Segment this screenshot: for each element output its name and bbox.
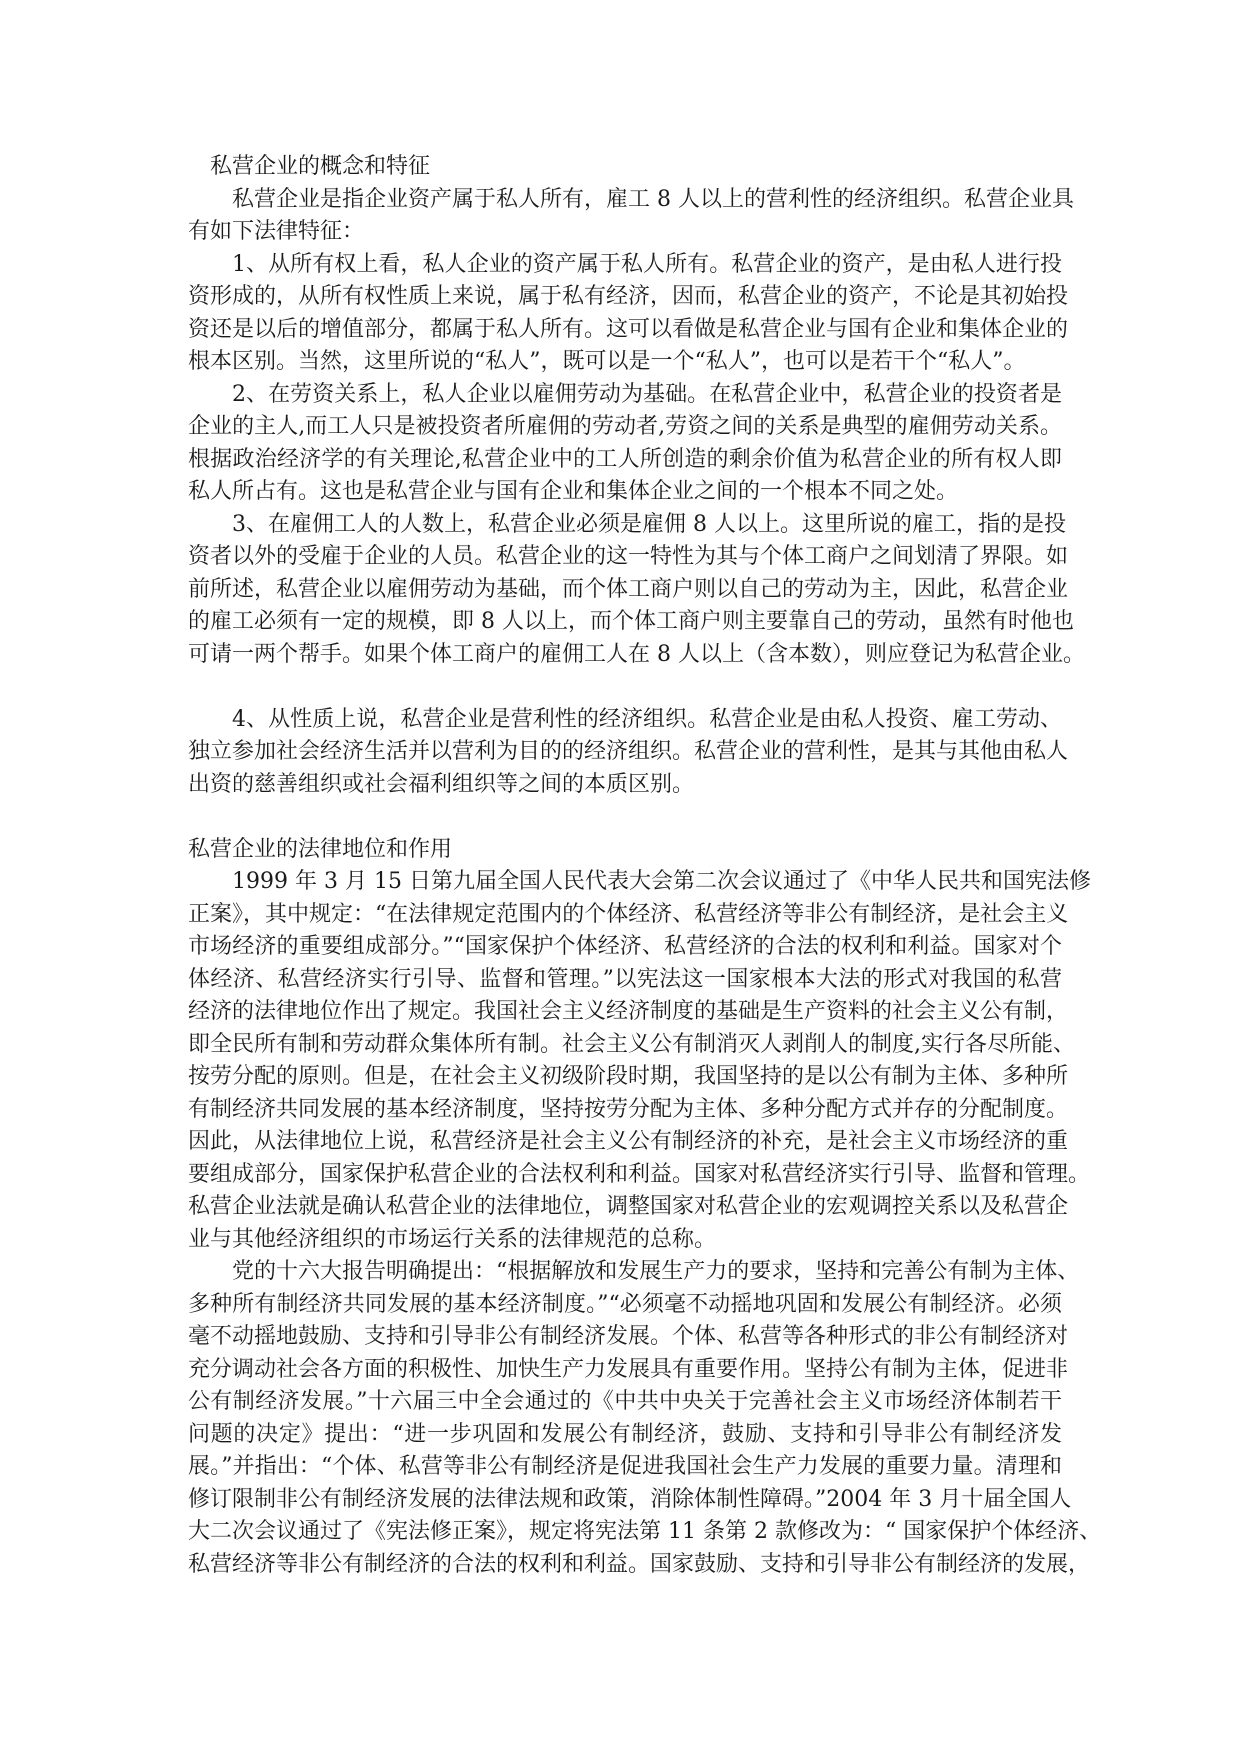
text-line: 要组成部分，国家保护私营企业的合法权利和利益。国家对私营经济实行引导、监督和管理… [188,1159,1062,1192]
text-line: 有如下法律特征： [188,216,1062,249]
text-line: 私营企业法就是确认私营企业的法律地位，调整国家对私营企业的宏观调控关系以及私营企 [188,1191,1062,1224]
text-line: 体经济、私营经济实行引导、监督和管理。”以宪法这一国家根本大法的形式对我国的私营 [188,964,1062,997]
text-line: 可请一两个帮手。如果个体工商户的雇佣工人在 8 人以上（含本数），则应登记为私营… [188,639,1062,672]
text-line: 资形成的，从所有权性质上来说，属于私有经济，因而，私营企业的资产，不论是其初始投 [188,281,1062,314]
text-line: 私人所占有。这也是私营企业与国有企业和集体企业之间的一个根本不同之处。 [188,476,1062,509]
text-line: 3、在雇佣工人的人数上，私营企业必须是雇佣 8 人以上。这里所说的雇工，指的是投 [188,509,1062,542]
text-line: 问题的决定》提出：“进一步巩固和发展公有制经济，鼓励、支持和引导非公有制经济发 [188,1419,1062,1452]
paragraph: 私营企业是指企业资产属于私人所有，雇工 8 人以上的营利性的经济组织。私营企业具… [188,184,1062,249]
text-line: 党的十六大报告明确提出：“根据解放和发展生产力的要求，坚持和完善公有制为主体、 [188,1256,1062,1289]
paragraph: 4、从性质上说，私营企业是营利性的经济组织。私营企业是由私人投资、雇工劳动、 独… [188,704,1062,802]
text-line: 4、从性质上说，私营企业是营利性的经济组织。私营企业是由私人投资、雇工劳动、 [188,704,1062,737]
text-line: 市场经济的重要组成部分。”“国家保护个体经济、私营经济的合法的权利和利益。国家对… [188,931,1062,964]
text-line: 充分调动社会各方面的积极性、加快生产力发展具有重要作用。坚持公有制为主体，促进非 [188,1354,1062,1387]
text-line: 前所述，私营企业以雇佣劳动为基础，而个体工商户则以自己的劳动为主，因此，私营企业 [188,574,1062,607]
section-heading: 私营企业的法律地位和作用 [188,834,1062,867]
blank-line [188,801,1062,834]
text-line: 因此，从法律地位上说，私营经济是社会主义公有制经济的补充，是社会主义市场经济的重 [188,1126,1062,1159]
text-line: 公有制经济发展。”十六届三中全会通过的《中共中央关于完善社会主义市场经济体制若干 [188,1386,1062,1419]
text-line: 经济的法律地位作出了规定。我国社会主义经济制度的基础是生产资料的社会主义公有制， [188,996,1062,1029]
text-line: 根据政治经济学的有关理论,私营企业中的工人所创造的剩余价值为私营企业的所有权人即 [188,444,1062,477]
text-line: 根本区别。当然，这里所说的“私人”，既可以是一个“私人”，也可以是若干个“私人”… [188,346,1062,379]
paragraph: 1、从所有权上看，私人企业的资产属于私人所有。私营企业的资产，是由私人进行投 资… [188,249,1062,379]
text-line: 2、在劳资关系上，私人企业以雇佣劳动为基础。在私营企业中，私营企业的投资者是 [188,379,1062,412]
text-line: 的雇工必须有一定的规模，即 8 人以上，而个体工商户则主要靠自己的劳动，虽然有时… [188,606,1062,639]
text-line: 有制经济共同发展的基本经济制度，坚持按劳分配为主体、多种分配方式并存的分配制度。 [188,1094,1062,1127]
paragraph: 1999 年 3 月 15 日第九届全国人民代表大会第二次会议通过了《中华人民共… [188,866,1062,1256]
text-line: 资者以外的受雇于企业的人员。私营企业的这一特性为其与个体工商户之间划清了界限。如 [188,541,1062,574]
text-line: 展。”并指出：“个体、私营等非公有制经济是促进我国社会生产力发展的重要力量。清理… [188,1451,1062,1484]
text-line: 私营经济等非公有制经济的合法的权利和利益。国家鼓励、支持和引导非公有制经济的发展… [188,1549,1062,1582]
document-page: 私营企业的概念和特征 私营企业是指企业资产属于私人所有，雇工 8 人以上的营利性… [188,151,1062,1581]
text-line: 大二次会议通过了《宪法修正案》，规定将宪法第 11 条第 2 款修改为：“ 国家… [188,1516,1062,1549]
text-line: 毫不动摇地鼓励、支持和引导非公有制经济发展。个体、私营等各种形式的非公有制经济对 [188,1321,1062,1354]
text-line: 资还是以后的增值部分，都属于私人所有。这可以看做是私营企业与国有企业和集体企业的 [188,314,1062,347]
text-line: 正案》，其中规定：“在法律规定范围内的个体经济、私营经济等非公有制经济，是社会主… [188,899,1062,932]
text-line: 业与其他经济组织的市场运行关系的法律规范的总称。 [188,1224,1062,1257]
text-line: 1999 年 3 月 15 日第九届全国人民代表大会第二次会议通过了《中华人民共… [188,866,1062,899]
text-line: 独立参加社会经济生活并以营利为目的的经济组织。私营企业的营利性，是其与其他由私人 [188,736,1062,769]
text-line: 多种所有制经济共同发展的基本经济制度。”“必须毫不动摇地巩固和发展公有制经济。必… [188,1289,1062,1322]
text-line: 私营企业是指企业资产属于私人所有，雇工 8 人以上的营利性的经济组织。私营企业具 [188,184,1062,217]
paragraph: 3、在雇佣工人的人数上，私营企业必须是雇佣 8 人以上。这里所说的雇工，指的是投… [188,509,1062,672]
blank-line [188,671,1062,704]
paragraph: 2、在劳资关系上，私人企业以雇佣劳动为基础。在私营企业中，私营企业的投资者是 企… [188,379,1062,509]
text-line: 即全民所有制和劳动群众集体所有制。社会主义公有制消灭人剥削人的制度,实行各尽所能… [188,1029,1062,1062]
text-line: 企业的主人,而工人只是被投资者所雇佣的劳动者,劳资之间的关系是典型的雇佣劳动关系… [188,411,1062,444]
paragraph: 党的十六大报告明确提出：“根据解放和发展生产力的要求，坚持和完善公有制为主体、 … [188,1256,1062,1581]
text-line: 1、从所有权上看，私人企业的资产属于私人所有。私营企业的资产，是由私人进行投 [188,249,1062,282]
text-line: 修订限制非公有制经济发展的法律法规和政策，消除体制性障碍。”2004 年 3 月… [188,1484,1062,1517]
text-line: 出资的慈善组织或社会福利组织等之间的本质区别。 [188,769,1062,802]
section-heading: 私营企业的概念和特征 [188,151,1062,184]
text-line: 按劳分配的原则。但是，在社会主义初级阶段时期，我国坚持的是以公有制为主体、多种所 [188,1061,1062,1094]
